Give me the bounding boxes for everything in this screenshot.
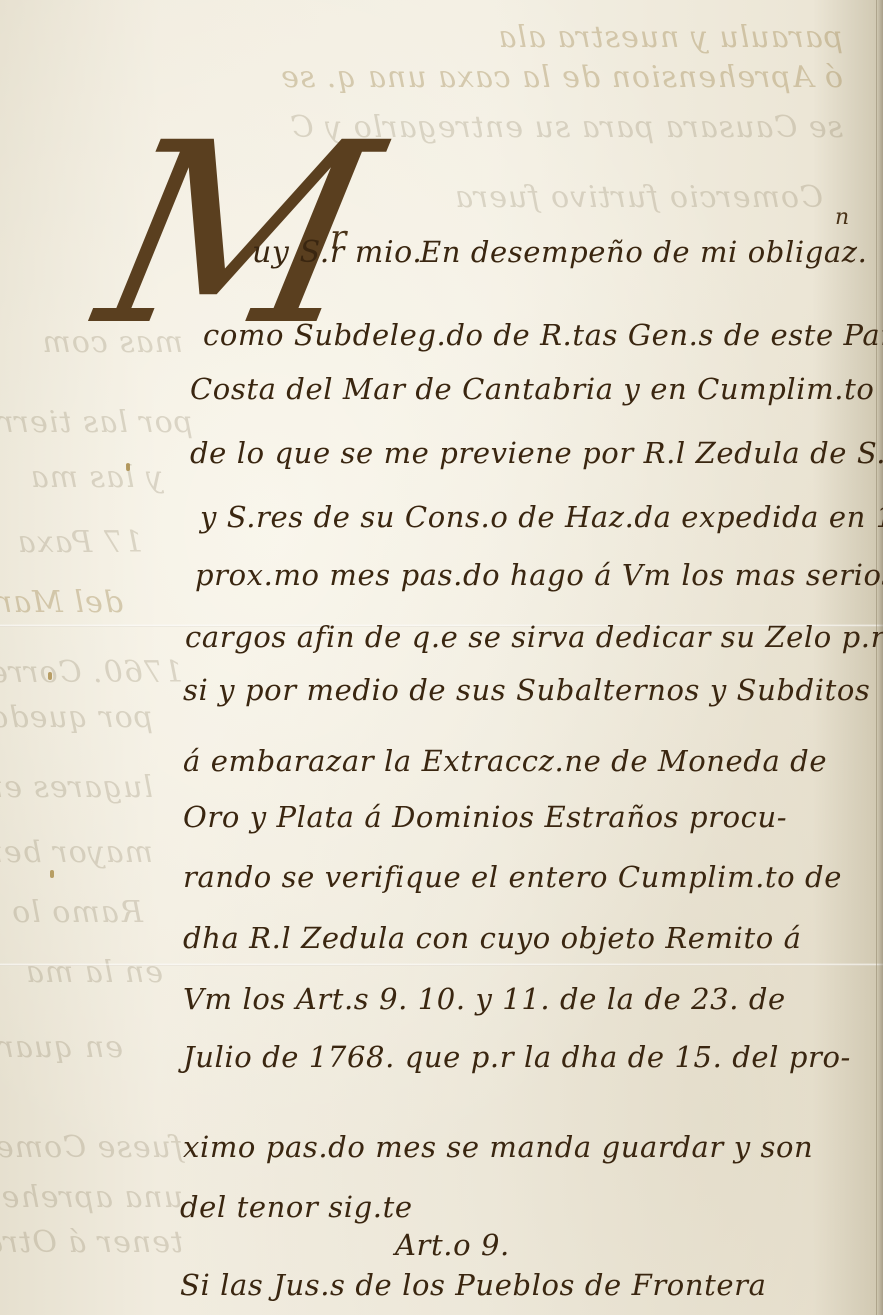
letter-line-4: de lo que se me previene por R.l Zedula … [190,436,883,470]
letter-line-18: Si las Jus.s de los Pueblos de Frontera [180,1268,767,1302]
letter-line-9: á embarazar la Extraccz.ne de Moneda de [183,744,827,778]
letter-line-8: si y por medio de sus Subalternos y Subd… [183,673,870,707]
superscript: n [835,205,849,230]
letter-line-12: dha R.l Zedula con cuyo objeto Remito á [183,921,802,955]
letter-line-3: Costa del Mar de Cantabria y en Cumplim.… [190,372,874,406]
letter-line-13: Vm los Art.s 9. 10. y 11. de la de 23. d… [183,982,786,1016]
letter-line-5: y S.res de su Cons.o de Haz.da expedida … [200,500,883,534]
letter-line-16: del tenor sig.te [180,1190,413,1224]
letter-line-10: Oro y Plata á Dominios Estraños procu- [183,800,787,834]
letter-line-2: como Subdeleg.do de R.tas Gen.s de este … [203,318,883,352]
article-heading: Art.o 9. [395,1228,510,1262]
letter-line-1: uy S.r mio. [252,235,422,270]
letter-line-11: rando se verifique el entero Cumplim.to … [183,860,842,894]
letter-line-15: ximo pas.do mes se manda guardar y son [183,1130,813,1164]
letter-line-1-cont: En desempeño de mi obligaz. [420,235,867,269]
letter-line-14: Julio de 1768. que p.r la dha de 15. del… [183,1040,851,1074]
letter-line-6: prox.mo mes pas.do hago á Vm los mas ser… [195,558,883,592]
salutation-text: uy S.r mio. [252,235,422,270]
letter-line-7: cargos afin de q.e se sirva dedicar su Z… [185,620,883,654]
letter-body: M r uy S.r mio. En desempeño de mi oblig… [0,0,883,1315]
manuscript-page: paraulu y nuestra ala ó Aprehension de l… [0,0,883,1315]
